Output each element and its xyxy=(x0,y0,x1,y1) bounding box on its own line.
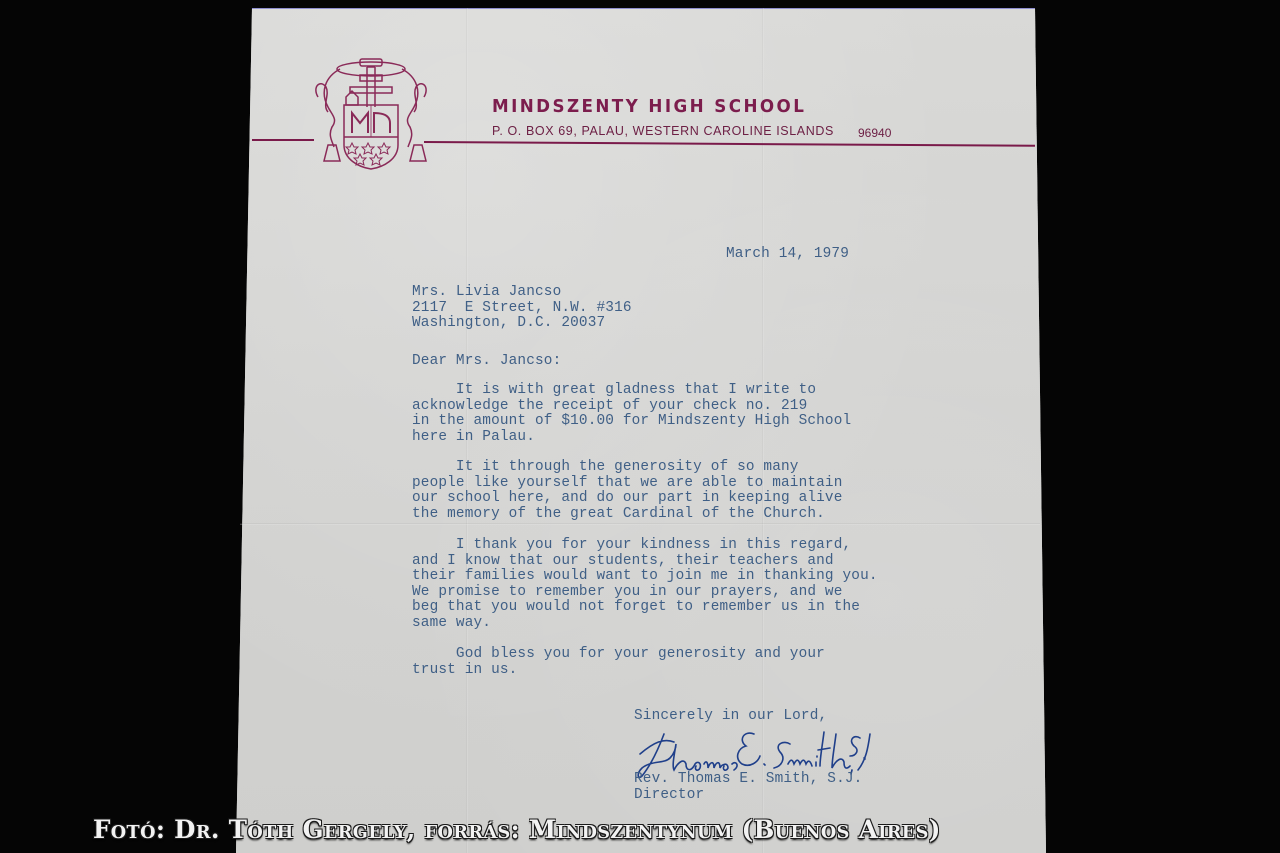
school-name: MINDSZENTY HIGH SCHOOL xyxy=(492,96,806,117)
fold-crease-horizontal xyxy=(240,523,1040,525)
closing: Sincerely in our Lord, xyxy=(634,709,827,725)
letter-date: March 14, 1979 xyxy=(726,247,849,263)
signer-title: Director xyxy=(634,787,704,803)
photo-credit-caption: Fotó: Dr. Tóth Gergely, forrás: Mindszen… xyxy=(93,815,941,844)
paragraph-generosity: It it through the generosity of so many … xyxy=(412,460,843,522)
recipient-street: 2117 E Street, N.W. #316 xyxy=(412,300,632,316)
salutation: Dear Mrs. Jancso: xyxy=(412,354,561,370)
recipient-name: Mrs. Livia Jancso xyxy=(412,284,561,300)
letterhead-rule-left xyxy=(252,139,314,141)
photo-stage: MINDSZENTY HIGH SCHOOL P. O. BOX 69, PAL… xyxy=(0,0,1280,853)
recipient-address: Mrs. Livia Jancso 2117 E Street, N.W. #3… xyxy=(412,285,632,332)
paragraph-acknowledgement: It is with great gladness that I write t… xyxy=(412,383,851,445)
school-zip: 96940 xyxy=(858,126,891,140)
signer-name: Rev. Thomas E. Smith, S.J. xyxy=(634,771,862,787)
paragraph-thanks: I thank you for your kindness in this re… xyxy=(412,538,878,632)
school-address: P. O. BOX 69, PALAU, WESTERN CAROLINE IS… xyxy=(492,124,834,138)
paragraph-blessing: God bless you for your generosity and yo… xyxy=(412,647,825,678)
signer-block: Rev. Thomas E. Smith, S.J. Director xyxy=(634,772,862,803)
recipient-city: Washington, D.C. 20037 xyxy=(412,315,605,331)
coat-of-arms-icon xyxy=(310,57,432,171)
